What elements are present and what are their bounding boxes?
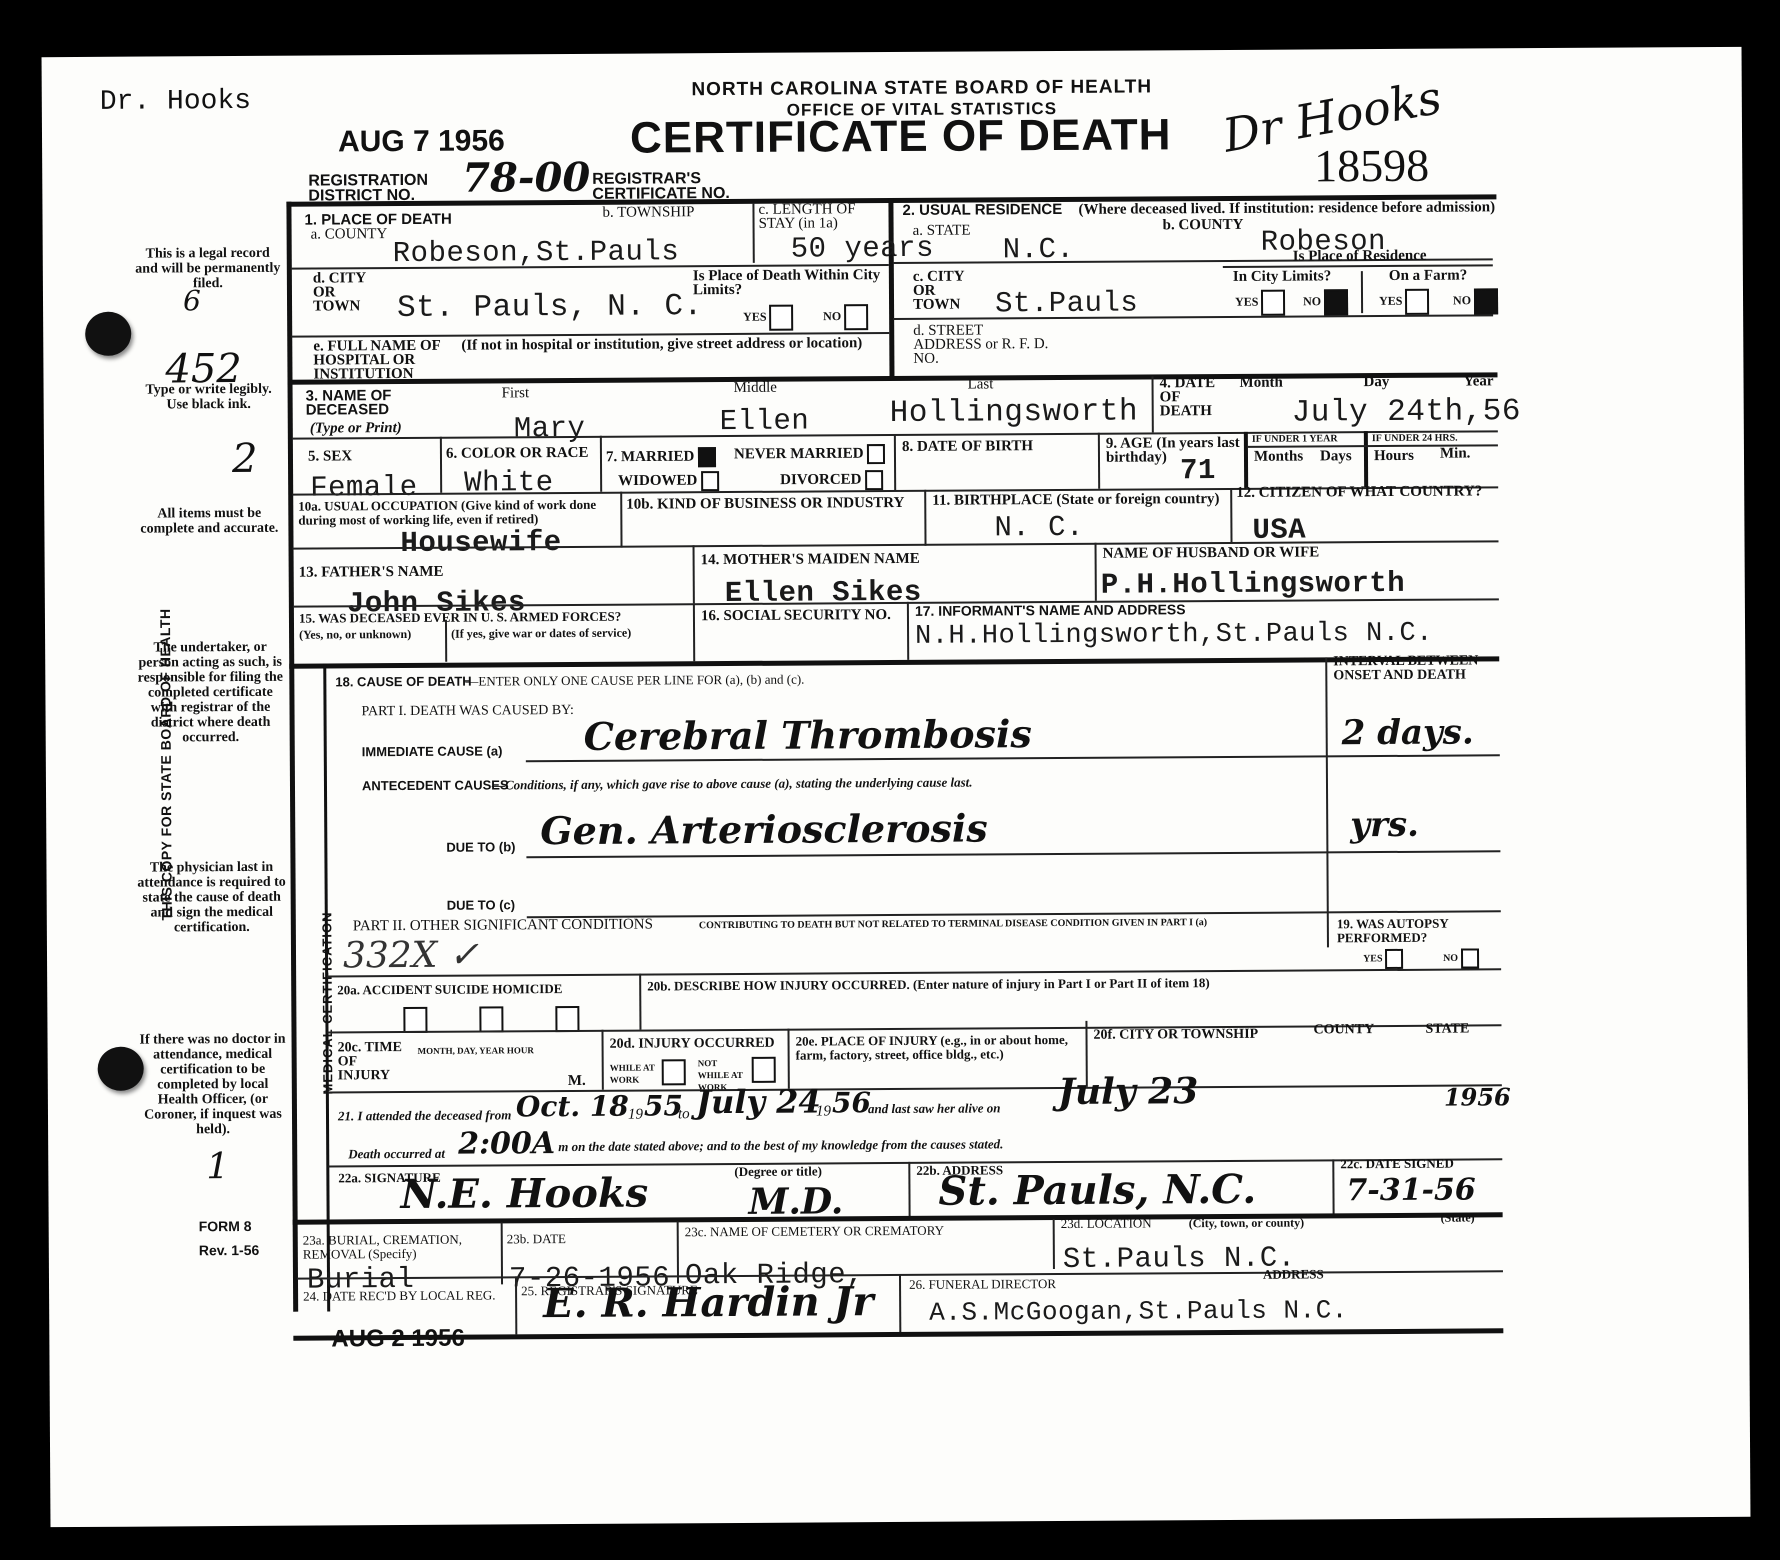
immediate-cause-label: IMMEDIATE CAUSE (a) bbox=[362, 744, 503, 759]
divider bbox=[601, 1030, 603, 1090]
attended-to[interactable]: July 24 bbox=[696, 1082, 821, 1121]
while-at-work-checkbox[interactable] bbox=[662, 1059, 686, 1085]
street-label: d. STREET ADDRESS or R. F. D. NO. bbox=[913, 323, 1053, 366]
medical-certification-vertical: MEDICAL CERTIFICATION bbox=[319, 853, 336, 1153]
margin-mark-6: 6 bbox=[183, 284, 201, 317]
registration-district-label: REGISTRATION DISTRICT NO. bbox=[308, 173, 458, 204]
city-township-label: 20f. CITY OR TOWNSHIP bbox=[1093, 1028, 1258, 1043]
death-occurred-label: Death occurred at bbox=[348, 1147, 445, 1162]
date-of-death-label: 4. DATE OF DEATH bbox=[1159, 376, 1229, 418]
days-label: Days bbox=[1320, 449, 1352, 463]
within-city-yes[interactable]: YES bbox=[743, 305, 794, 331]
antecedent-label: ANTECEDENT CAUSES bbox=[362, 778, 509, 793]
occupation-value[interactable]: Housewife bbox=[400, 526, 561, 560]
divider bbox=[924, 490, 926, 546]
ssn-label: 16. SOCIAL SECURITY NO. bbox=[701, 608, 891, 623]
death-time[interactable]: 2:00A bbox=[458, 1126, 555, 1162]
city-label: d. CITY OR TOWN bbox=[313, 271, 373, 313]
attended-to-year[interactable]: 56 bbox=[832, 1086, 871, 1119]
autopsy-yes-checkbox[interactable] bbox=[1385, 949, 1403, 969]
place-of-injury-label: 20e. PLACE OF INJURY (e.g., in or about … bbox=[796, 1033, 1086, 1063]
part2-label: PART II. OTHER SIGNIFICANT CONDITIONS bbox=[353, 917, 653, 933]
funeral-address-label: ADDRESS bbox=[1263, 1267, 1324, 1281]
divorced-checkbox[interactable] bbox=[865, 470, 883, 490]
married-option[interactable]: 7. MARRIED bbox=[606, 447, 716, 468]
location-hint: (City, town, or county) bbox=[1189, 1216, 1305, 1231]
attended-label: 21. I attended the deceased from bbox=[338, 1108, 511, 1123]
no-label: NO bbox=[823, 309, 841, 323]
part2-value[interactable]: 332X ✓ bbox=[343, 935, 479, 977]
attended-from-year-prefix: 19 bbox=[628, 1108, 643, 1122]
first-name[interactable]: Mary bbox=[514, 412, 586, 445]
res-city-value[interactable]: St.Pauls bbox=[995, 287, 1138, 321]
certificate-number: 18598 bbox=[1314, 139, 1429, 193]
under-1yr-label: IF UNDER 1 YEAR bbox=[1252, 433, 1338, 446]
top-left-note: Dr. Hooks bbox=[100, 86, 251, 118]
state-label: a. STATE bbox=[913, 224, 971, 238]
no-checkbox-checked[interactable] bbox=[1324, 289, 1348, 315]
hours-label: Hours bbox=[1374, 449, 1414, 463]
within-city-no[interactable]: NO bbox=[823, 304, 868, 330]
location-state-hint: (State) bbox=[1441, 1210, 1475, 1224]
attended-from[interactable]: Oct. 18 bbox=[516, 1090, 629, 1124]
first-label: First bbox=[502, 386, 530, 400]
usual-residence-hint: (Where deceased lived. If institution: r… bbox=[1078, 200, 1495, 217]
due-to-b-label: DUE TO (b) bbox=[446, 840, 515, 854]
yes-label: YES bbox=[1379, 294, 1402, 308]
location-label: 23d. LOCATION bbox=[1061, 1216, 1152, 1231]
legal-record-note: This is a legal record and will be perma… bbox=[133, 246, 283, 292]
divider bbox=[639, 974, 641, 1030]
mother-value[interactable]: Ellen Sikes bbox=[725, 576, 922, 610]
type-or-print-hint: (Type or Print) bbox=[310, 421, 402, 436]
last-saw-year[interactable]: 1956 bbox=[1444, 1082, 1511, 1111]
informant-value[interactable]: N.H.Hollingsworth,St.Pauls N.C. bbox=[915, 619, 1433, 652]
attended-to-year-prefix: 19 bbox=[816, 1104, 831, 1118]
divider bbox=[1361, 271, 1363, 313]
divider bbox=[1095, 543, 1097, 601]
married-checkbox-checked[interactable] bbox=[698, 447, 716, 467]
homicide-checkbox[interactable] bbox=[555, 1006, 579, 1032]
in-city-yes[interactable]: YES bbox=[1235, 290, 1286, 316]
type-legibly-note: Type or write legibly. Use black ink. bbox=[134, 382, 284, 413]
widowed-option[interactable]: WIDOWED bbox=[618, 471, 719, 492]
never-married-checkbox[interactable] bbox=[867, 444, 885, 464]
sex-label: 5. SEX bbox=[308, 449, 352, 463]
form-number: FORM 8 bbox=[199, 1218, 252, 1234]
date-of-death-value[interactable]: July 24th,56 bbox=[1292, 394, 1521, 430]
is-place-label: Is Place of Residence bbox=[1293, 249, 1427, 264]
spouse-label: NAME OF HUSBAND OR WIFE bbox=[1103, 545, 1320, 560]
last-name[interactable]: Hollingsworth bbox=[890, 395, 1139, 432]
autopsy-yes[interactable]: YES bbox=[1363, 949, 1403, 969]
due-to-b-interval[interactable]: yrs. bbox=[1350, 805, 1419, 845]
immediate-cause-value[interactable]: Cerebral Thrombosis bbox=[584, 711, 1032, 759]
widowed-checkbox[interactable] bbox=[701, 471, 719, 491]
autopsy-label: 19. WAS AUTOPSY PERFORMED? bbox=[1337, 916, 1497, 945]
due-to-b-value[interactable]: Gen. Arteriosclerosis bbox=[540, 805, 988, 853]
funeral-director-label: 26. FUNERAL DIRECTOR bbox=[909, 1277, 1056, 1292]
divider bbox=[1053, 1219, 1055, 1269]
no-doctor-note: If there was no doctor in attendance, me… bbox=[137, 1032, 288, 1138]
middle-name[interactable]: Ellen bbox=[720, 405, 810, 439]
physician-signature[interactable]: N.E. Hooks bbox=[400, 1170, 648, 1219]
divorced-option[interactable]: DIVORCED bbox=[780, 470, 883, 491]
armed-forces-hint1: (Yes, no, or unknown) bbox=[299, 627, 411, 642]
divider bbox=[1230, 488, 1232, 544]
divider bbox=[693, 545, 695, 603]
divider bbox=[501, 1222, 503, 1284]
divider bbox=[907, 602, 909, 660]
yes-checkbox[interactable] bbox=[1261, 290, 1285, 316]
divider bbox=[677, 1221, 679, 1283]
no-label: NO bbox=[1443, 953, 1458, 964]
last-label: Last bbox=[968, 377, 994, 391]
usual-residence-label: 2. USUAL RESIDENCE bbox=[902, 203, 1062, 218]
father-label: 13. FATHER'S NAME bbox=[299, 565, 444, 580]
autopsy-no[interactable]: NO bbox=[1443, 948, 1479, 968]
divider bbox=[894, 434, 896, 490]
yes-checkbox[interactable] bbox=[769, 305, 793, 331]
physician-address[interactable]: St. Pauls, N.C. bbox=[938, 1166, 1256, 1215]
day-label: Day bbox=[1363, 375, 1389, 389]
divider bbox=[440, 437, 442, 493]
cemetery-label: 23c. NAME OF CEMETERY OR CREMATORY bbox=[685, 1224, 944, 1240]
divider bbox=[515, 1276, 517, 1334]
deceased-name-label: 3. NAME OF DECEASED bbox=[306, 389, 406, 418]
yes-checkbox[interactable] bbox=[1405, 289, 1429, 315]
married-label: 7. MARRIED bbox=[606, 449, 694, 466]
on-farm-no[interactable]: NO bbox=[1453, 288, 1498, 314]
min-label: Min. bbox=[1440, 446, 1471, 460]
armed-forces-hint2: (If yes, give war or dates of service) bbox=[451, 626, 631, 641]
divider bbox=[787, 1029, 789, 1089]
never-married-option[interactable]: NEVER MARRIED bbox=[734, 444, 885, 465]
date-recd-label: 24. DATE REC'D BY LOCAL REG. bbox=[303, 1288, 503, 1303]
in-city-no[interactable]: NO bbox=[1303, 289, 1348, 315]
township-label: b. TOWNSHIP bbox=[602, 205, 694, 220]
not-while-at-work-checkbox[interactable] bbox=[752, 1057, 776, 1083]
yes-label: YES bbox=[1363, 953, 1383, 964]
disposition-label: 23a. BURIAL, CREMATION, REMOVAL (Specify… bbox=[303, 1232, 493, 1261]
year-label: Year bbox=[1463, 374, 1493, 388]
age-value[interactable]: 71 bbox=[1180, 454, 1216, 487]
on-farm-yes[interactable]: YES bbox=[1379, 289, 1430, 315]
no-checkbox-checked[interactable] bbox=[1474, 288, 1498, 314]
on-farm-label: On a Farm? bbox=[1389, 269, 1467, 283]
no-checkbox[interactable] bbox=[844, 304, 868, 330]
within-city-label: Is Place of Death Within City Limits? bbox=[693, 268, 893, 297]
divorced-label: DIVORCED bbox=[780, 472, 861, 488]
time-injury-m: M. bbox=[568, 1074, 586, 1088]
divider bbox=[1151, 376, 1153, 432]
dob-label: 8. DATE OF BIRTH bbox=[902, 439, 1033, 454]
divider bbox=[1332, 1159, 1334, 1215]
suicide-checkbox[interactable] bbox=[479, 1006, 503, 1032]
time-injury-label: 20c. TIME OF INJURY bbox=[338, 1041, 408, 1083]
divider bbox=[752, 203, 754, 263]
widowed-label: WIDOWED bbox=[618, 473, 697, 489]
citizen-label: 12. CITIZEN OF WHAT COUNTRY? bbox=[1236, 484, 1482, 500]
occupation-label: 10a. USUAL OCCUPATION (Give kind of work… bbox=[298, 498, 618, 528]
form-revision: Rev. 1-56 bbox=[199, 1242, 260, 1258]
interval-label: INTERVAL BETWEEN ONSET AND DEATH bbox=[1333, 654, 1503, 683]
armed-forces-label: 15. WAS DECEASED EVER IN U. S. ARMED FOR… bbox=[299, 610, 621, 626]
informant-label: 17. INFORMANT'S NAME AND ADDRESS bbox=[915, 602, 1186, 618]
divider bbox=[899, 1274, 901, 1332]
no-label: NO bbox=[1303, 294, 1321, 308]
month-label: Month bbox=[1239, 376, 1282, 390]
page-title: CERTIFICATE OF DEATH bbox=[630, 110, 1172, 163]
divider bbox=[620, 492, 622, 548]
race-value[interactable]: White bbox=[464, 466, 554, 500]
divider bbox=[1098, 433, 1100, 489]
cause-of-death-label: 18. CAUSE OF DEATH bbox=[335, 675, 471, 690]
complete-accurate-note: All items must be complete and accurate. bbox=[134, 506, 284, 537]
to-label: to bbox=[678, 1107, 690, 1121]
under-24h-label: IF UNDER 24 HRS. bbox=[1372, 433, 1458, 446]
registrar-signature[interactable]: E. R. Hardin Jr bbox=[543, 1278, 874, 1327]
undertaker-note: The undertaker, or person acting as such… bbox=[135, 640, 286, 746]
months-label: Months bbox=[1254, 450, 1303, 464]
spouse-value[interactable]: P.H.Hollingsworth bbox=[1101, 567, 1406, 602]
race-label: 6. COLOR OR RACE bbox=[446, 446, 589, 461]
institution-label: e. FULL NAME OF HOSPITAL OR INSTITUTION bbox=[313, 339, 453, 382]
accident-checkbox[interactable] bbox=[403, 1007, 427, 1033]
accident-label: 20a. ACCIDENT SUICIDE HOMICIDE bbox=[337, 982, 562, 997]
divider bbox=[908, 1162, 910, 1218]
injury-county-label: COUNTY bbox=[1313, 1023, 1374, 1037]
date-signed-label: 22c. DATE SIGNED bbox=[1340, 1157, 1454, 1172]
certificate-page: Dr. Hooks NORTH CAROLINA STATE BOARD OF … bbox=[42, 47, 1751, 1527]
no-label: NO bbox=[1453, 293, 1471, 307]
margin-mark-2: 2 bbox=[232, 436, 258, 482]
punch-hole bbox=[98, 1047, 144, 1091]
birthplace-label: 11. BIRTHPLACE (State or foreign country… bbox=[932, 492, 1219, 508]
length-of-stay-label: c. LENGTH OF STAY (in 1a) bbox=[758, 202, 878, 231]
divider bbox=[1244, 432, 1248, 488]
date-signed-value[interactable]: 7-31-56 bbox=[1346, 1172, 1475, 1208]
due-to-c-label: DUE TO (c) bbox=[447, 898, 515, 912]
time-injury-hint: MONTH, DAY, YEAR HOUR bbox=[418, 1044, 534, 1057]
yes-label: YES bbox=[1235, 295, 1258, 309]
divider bbox=[693, 603, 695, 661]
injury-occurred-label: 20d. INJURY OCCURRED bbox=[610, 1037, 775, 1052]
yes-label: YES bbox=[743, 310, 766, 324]
injury-state-label: STATE bbox=[1425, 1023, 1469, 1037]
punch-hole bbox=[85, 312, 131, 356]
physician-note: The physician last in attendance is requ… bbox=[136, 860, 286, 936]
birthplace-value[interactable]: N. C. bbox=[994, 511, 1084, 545]
burial-date-label: 23b. DATE bbox=[507, 1232, 566, 1246]
city-value[interactable]: St. Pauls, N. C. bbox=[397, 289, 703, 326]
res-county-label: b. COUNTY bbox=[1163, 218, 1244, 232]
part1-label: PART I. DEATH WAS CAUSED BY: bbox=[361, 704, 573, 719]
institution-hint: (If not in hospital or institution, give… bbox=[461, 336, 862, 352]
in-city-limits-label: In City Limits? bbox=[1233, 269, 1331, 284]
registration-district-value: 78-00 bbox=[462, 154, 590, 202]
middle-label: Middle bbox=[734, 381, 777, 395]
mother-label: 14. MOTHER'S MAIDEN NAME bbox=[701, 552, 920, 567]
funeral-director-value[interactable]: A.S.McGoogan,St.Pauls N.C. bbox=[929, 1295, 1348, 1328]
divider bbox=[1364, 431, 1368, 487]
cause-of-death-hint: —ENTER ONLY ONE CAUSE PER LINE FOR (a), … bbox=[465, 673, 804, 689]
last-saw-label: and last saw her alive on bbox=[868, 1101, 1001, 1116]
res-city-label: c. CITY OR TOWN bbox=[913, 270, 973, 312]
divider bbox=[600, 436, 602, 492]
margin-mark-1: 1 bbox=[206, 1146, 229, 1187]
autopsy-no-checkbox[interactable] bbox=[1460, 948, 1478, 968]
death-occurred-suffix: m on the date stated above; and to the b… bbox=[558, 1137, 1003, 1154]
industry-label: 10b. KIND OF BUSINESS OR INDUSTRY bbox=[626, 496, 904, 512]
never-married-label: NEVER MARRIED bbox=[734, 446, 864, 463]
while-at-work-label: WHILE AT WORK bbox=[610, 1061, 660, 1085]
degree-label: (Degree or title) bbox=[734, 1164, 822, 1179]
registrar-cert-label: REGISTRAR'S CERTIFICATE NO. bbox=[592, 171, 772, 202]
divider bbox=[445, 620, 447, 662]
last-saw-value[interactable]: July 23 bbox=[1058, 1070, 1199, 1113]
antecedent-hint: —Conditions, if any, which gave rise to … bbox=[492, 776, 973, 793]
immediate-interval[interactable]: 2 days. bbox=[1342, 712, 1474, 753]
county-label: a. COUNTY bbox=[311, 227, 388, 241]
